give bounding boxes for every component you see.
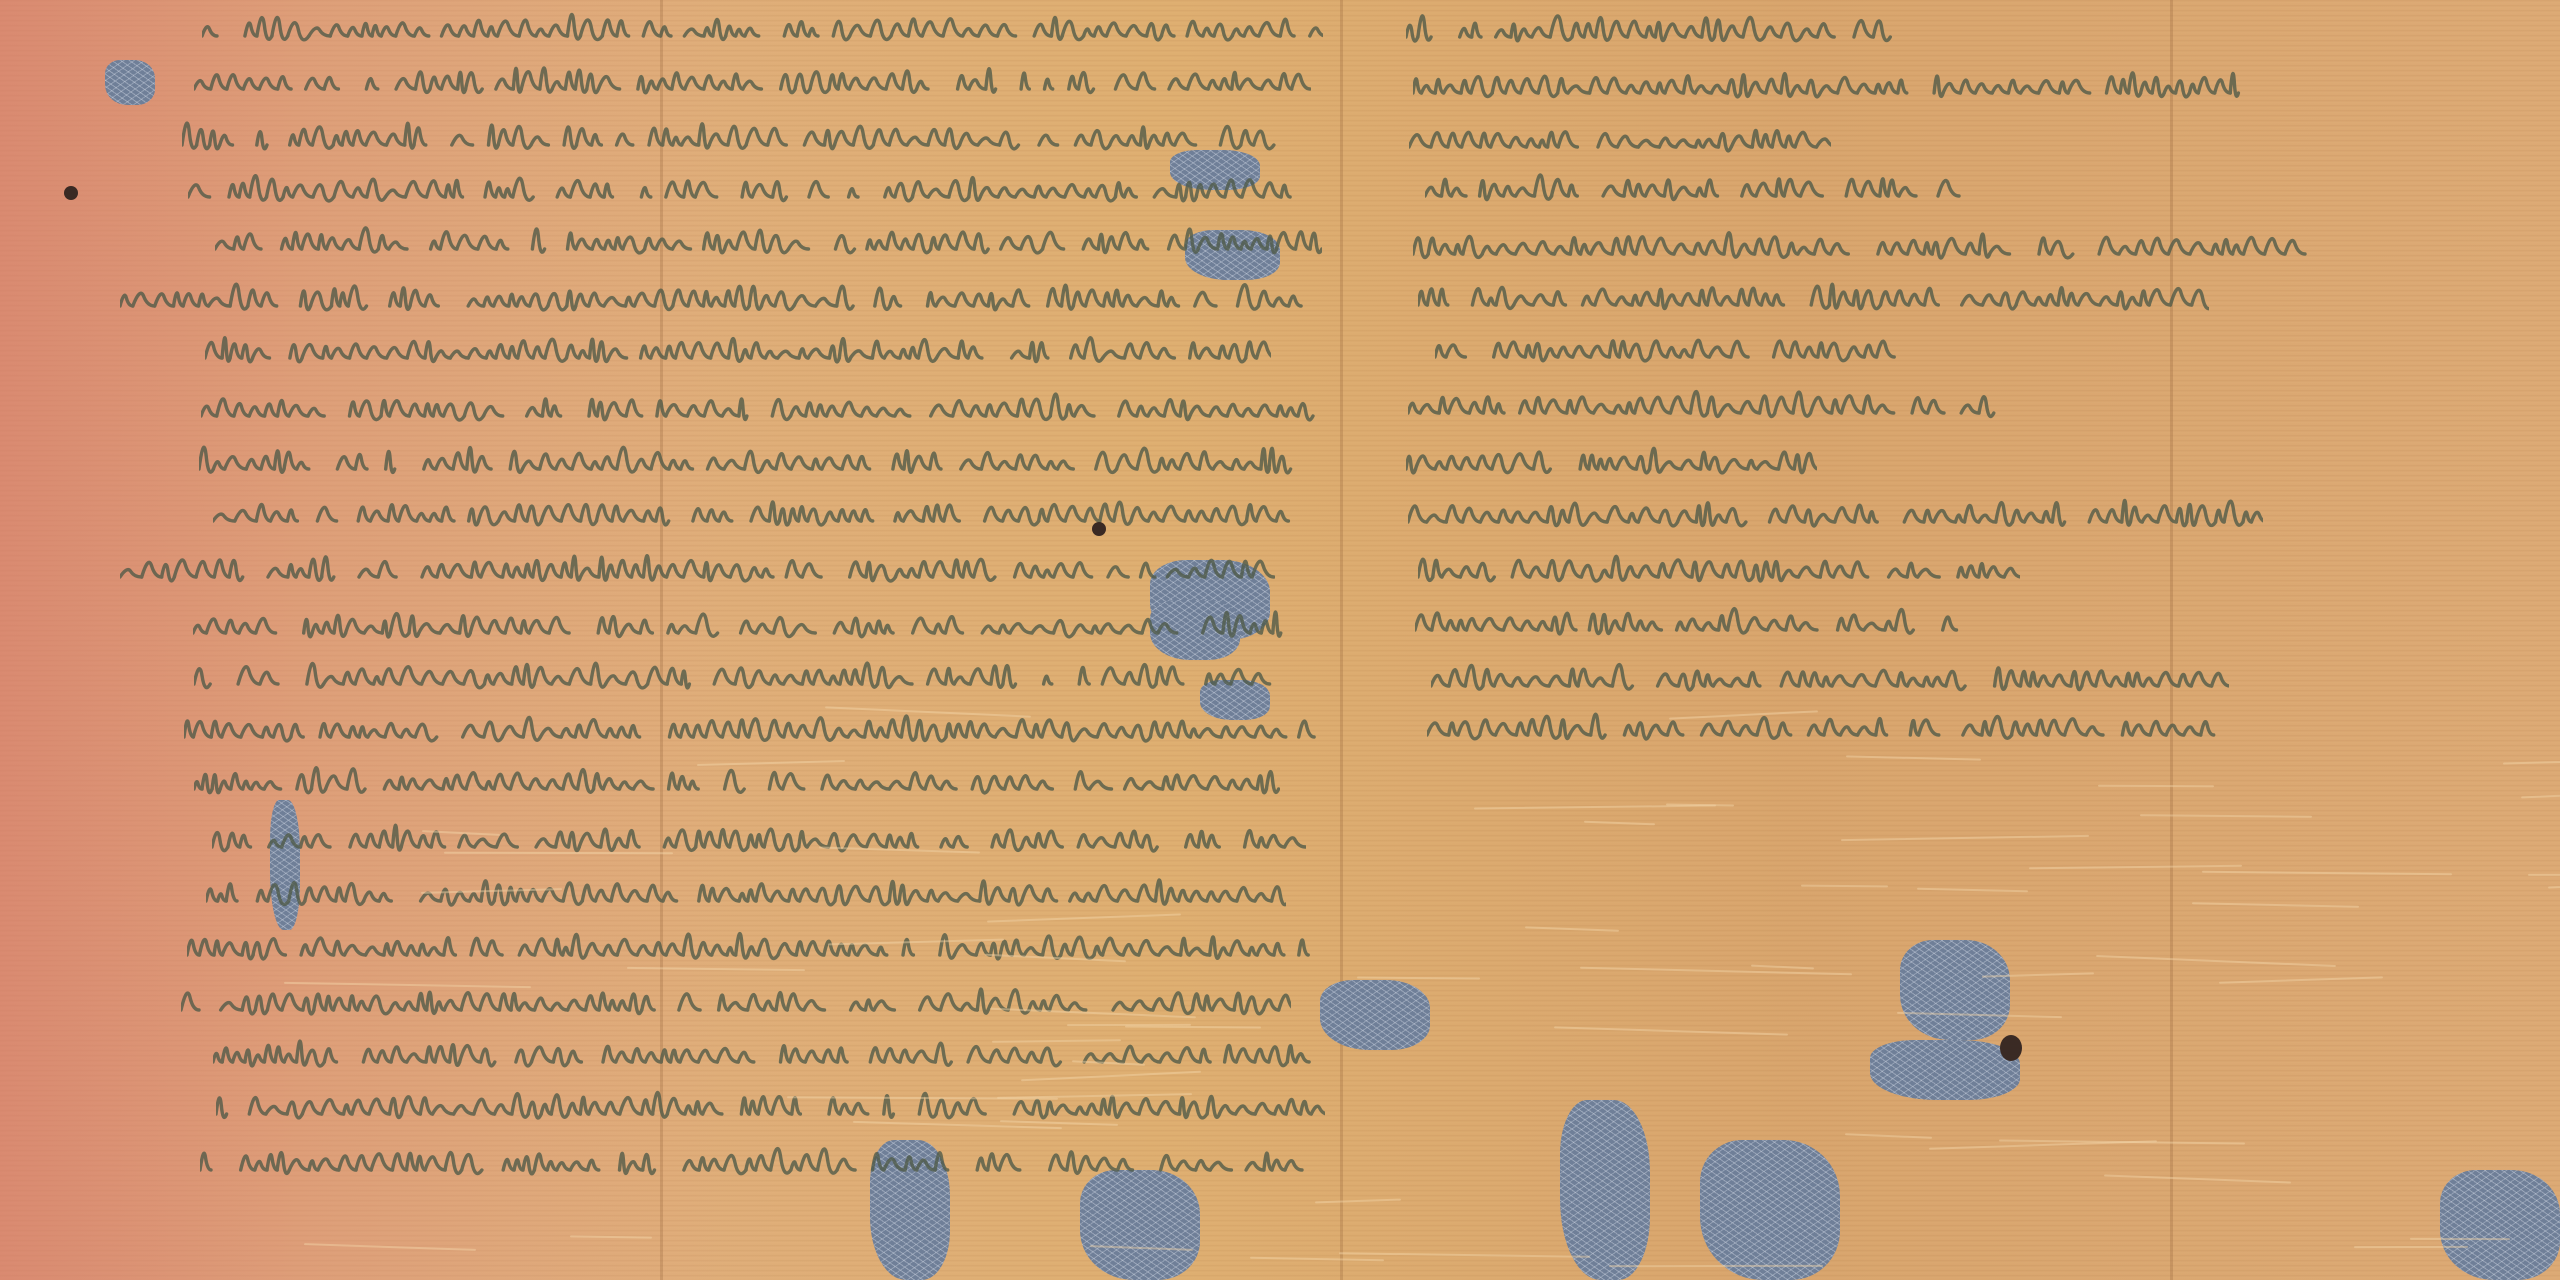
text-line — [1427, 709, 2223, 743]
lacuna — [1560, 1100, 1650, 1280]
text-line — [199, 443, 1295, 477]
lacuna — [1870, 1040, 2020, 1100]
text-line — [1425, 170, 1961, 204]
text-line — [200, 1144, 1306, 1178]
text-line — [213, 495, 1292, 529]
text-line — [1431, 660, 2229, 694]
text-line — [213, 1036, 1318, 1070]
worm-hole — [2000, 1035, 2022, 1061]
text-line — [1435, 331, 1904, 365]
lacuna — [1080, 1170, 1200, 1280]
text-line — [1413, 67, 2242, 101]
papyrus-fiber — [2528, 874, 2560, 876]
text-line — [1418, 551, 2019, 585]
text-line — [215, 223, 1322, 257]
lacuna — [1700, 1140, 1840, 1280]
papyrus-photograph — [0, 0, 2560, 1280]
text-line — [187, 929, 1315, 963]
text-line — [188, 171, 1310, 205]
lacuna — [105, 60, 155, 105]
text-line — [201, 390, 1322, 424]
lacuna — [270, 800, 300, 930]
text-line — [184, 711, 1329, 745]
text-line — [1418, 279, 2209, 313]
text-line — [205, 332, 1270, 366]
text-line — [120, 280, 1322, 314]
kollesis-seam — [1340, 0, 1343, 1280]
text-line — [1409, 121, 1831, 155]
text-line — [120, 551, 1275, 585]
worm-hole — [64, 186, 78, 200]
text-line — [194, 658, 1275, 692]
text-line — [1408, 496, 2263, 530]
text-line — [194, 763, 1280, 797]
text-line — [202, 10, 1323, 44]
text-line — [1406, 443, 1816, 477]
worm-hole — [1092, 522, 1106, 536]
text-line — [1415, 604, 1959, 638]
papyrus-fiber — [2410, 1237, 2510, 1239]
kollesis-seam — [2170, 0, 2173, 1280]
text-line — [1413, 228, 2308, 262]
text-line — [194, 63, 1311, 97]
text-line — [212, 821, 1307, 855]
text-line — [182, 119, 1283, 153]
text-line — [206, 875, 1287, 909]
text-line — [193, 607, 1302, 641]
papyrus-fiber — [1609, 1264, 1823, 1266]
text-line — [1406, 11, 1904, 45]
papyrus-fiber — [2354, 1245, 2468, 1247]
lacuna — [1320, 980, 1430, 1050]
text-line — [1408, 387, 1996, 421]
lacuna — [2440, 1170, 2560, 1280]
lacuna — [1900, 940, 2010, 1040]
